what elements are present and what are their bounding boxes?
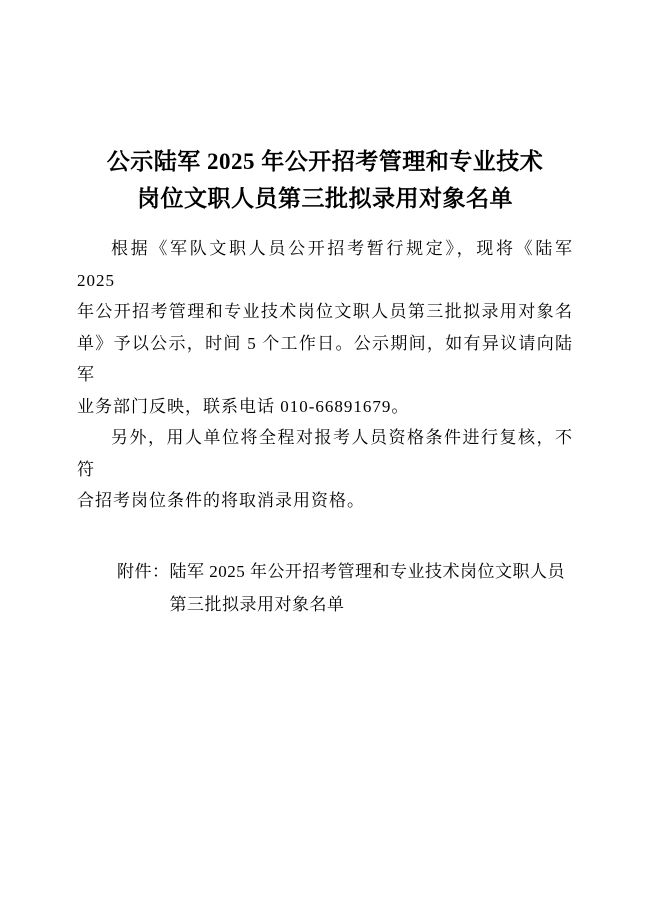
- text-line: 合招考岗位条件的将取消录用资格。: [77, 485, 573, 517]
- text-line: 业务部门反映，联系电话 010-66891679。: [77, 391, 573, 423]
- text-line: 另外，用人单位将全程对报考人员资格条件进行复核，不符: [77, 422, 573, 485]
- document-title-line-1: 公示陆军 2025 年公开招考管理和专业技术: [77, 143, 573, 180]
- paragraph-announcement: 根据《军队文职人员公开招考暂行规定》，现将《陆军 2025 年公开招考管理和专业…: [77, 233, 573, 422]
- document-title: 公示陆军 2025 年公开招考管理和专业技术 岗位文职人员第三批拟录用对象名单: [77, 143, 573, 217]
- document-page: 公示陆军 2025 年公开招考管理和专业技术 岗位文职人员第三批拟录用对象名单 …: [0, 0, 650, 919]
- attachment-label: 附件：: [117, 555, 170, 588]
- attachment-title-line-2: 第三批拟录用对象名单: [170, 588, 574, 621]
- document-title-line-2: 岗位文职人员第三批拟录用对象名单: [77, 180, 573, 217]
- attachment-title-line-1: 陆军 2025 年公开招考管理和专业技术岗位文职人员: [170, 555, 574, 588]
- attachment-section: 附件： 陆军 2025 年公开招考管理和专业技术岗位文职人员 第三批拟录用对象名…: [77, 555, 573, 621]
- text-line: 年公开招考管理和专业技术岗位文职人员第三批拟录用对象名: [77, 296, 573, 328]
- paragraph-review-note: 另外，用人单位将全程对报考人员资格条件进行复核，不符 合招考岗位条件的将取消录用…: [77, 422, 573, 517]
- document-body: 根据《军队文职人员公开招考暂行规定》，现将《陆军 2025 年公开招考管理和专业…: [77, 233, 573, 621]
- attachment-title: 陆军 2025 年公开招考管理和专业技术岗位文职人员 第三批拟录用对象名单: [170, 555, 574, 621]
- text-line: 根据《军队文职人员公开招考暂行规定》，现将《陆军 2025: [77, 233, 573, 296]
- text-line: 单》予以公示，时间 5 个工作日。公示期间，如有异议请向陆军: [77, 328, 573, 391]
